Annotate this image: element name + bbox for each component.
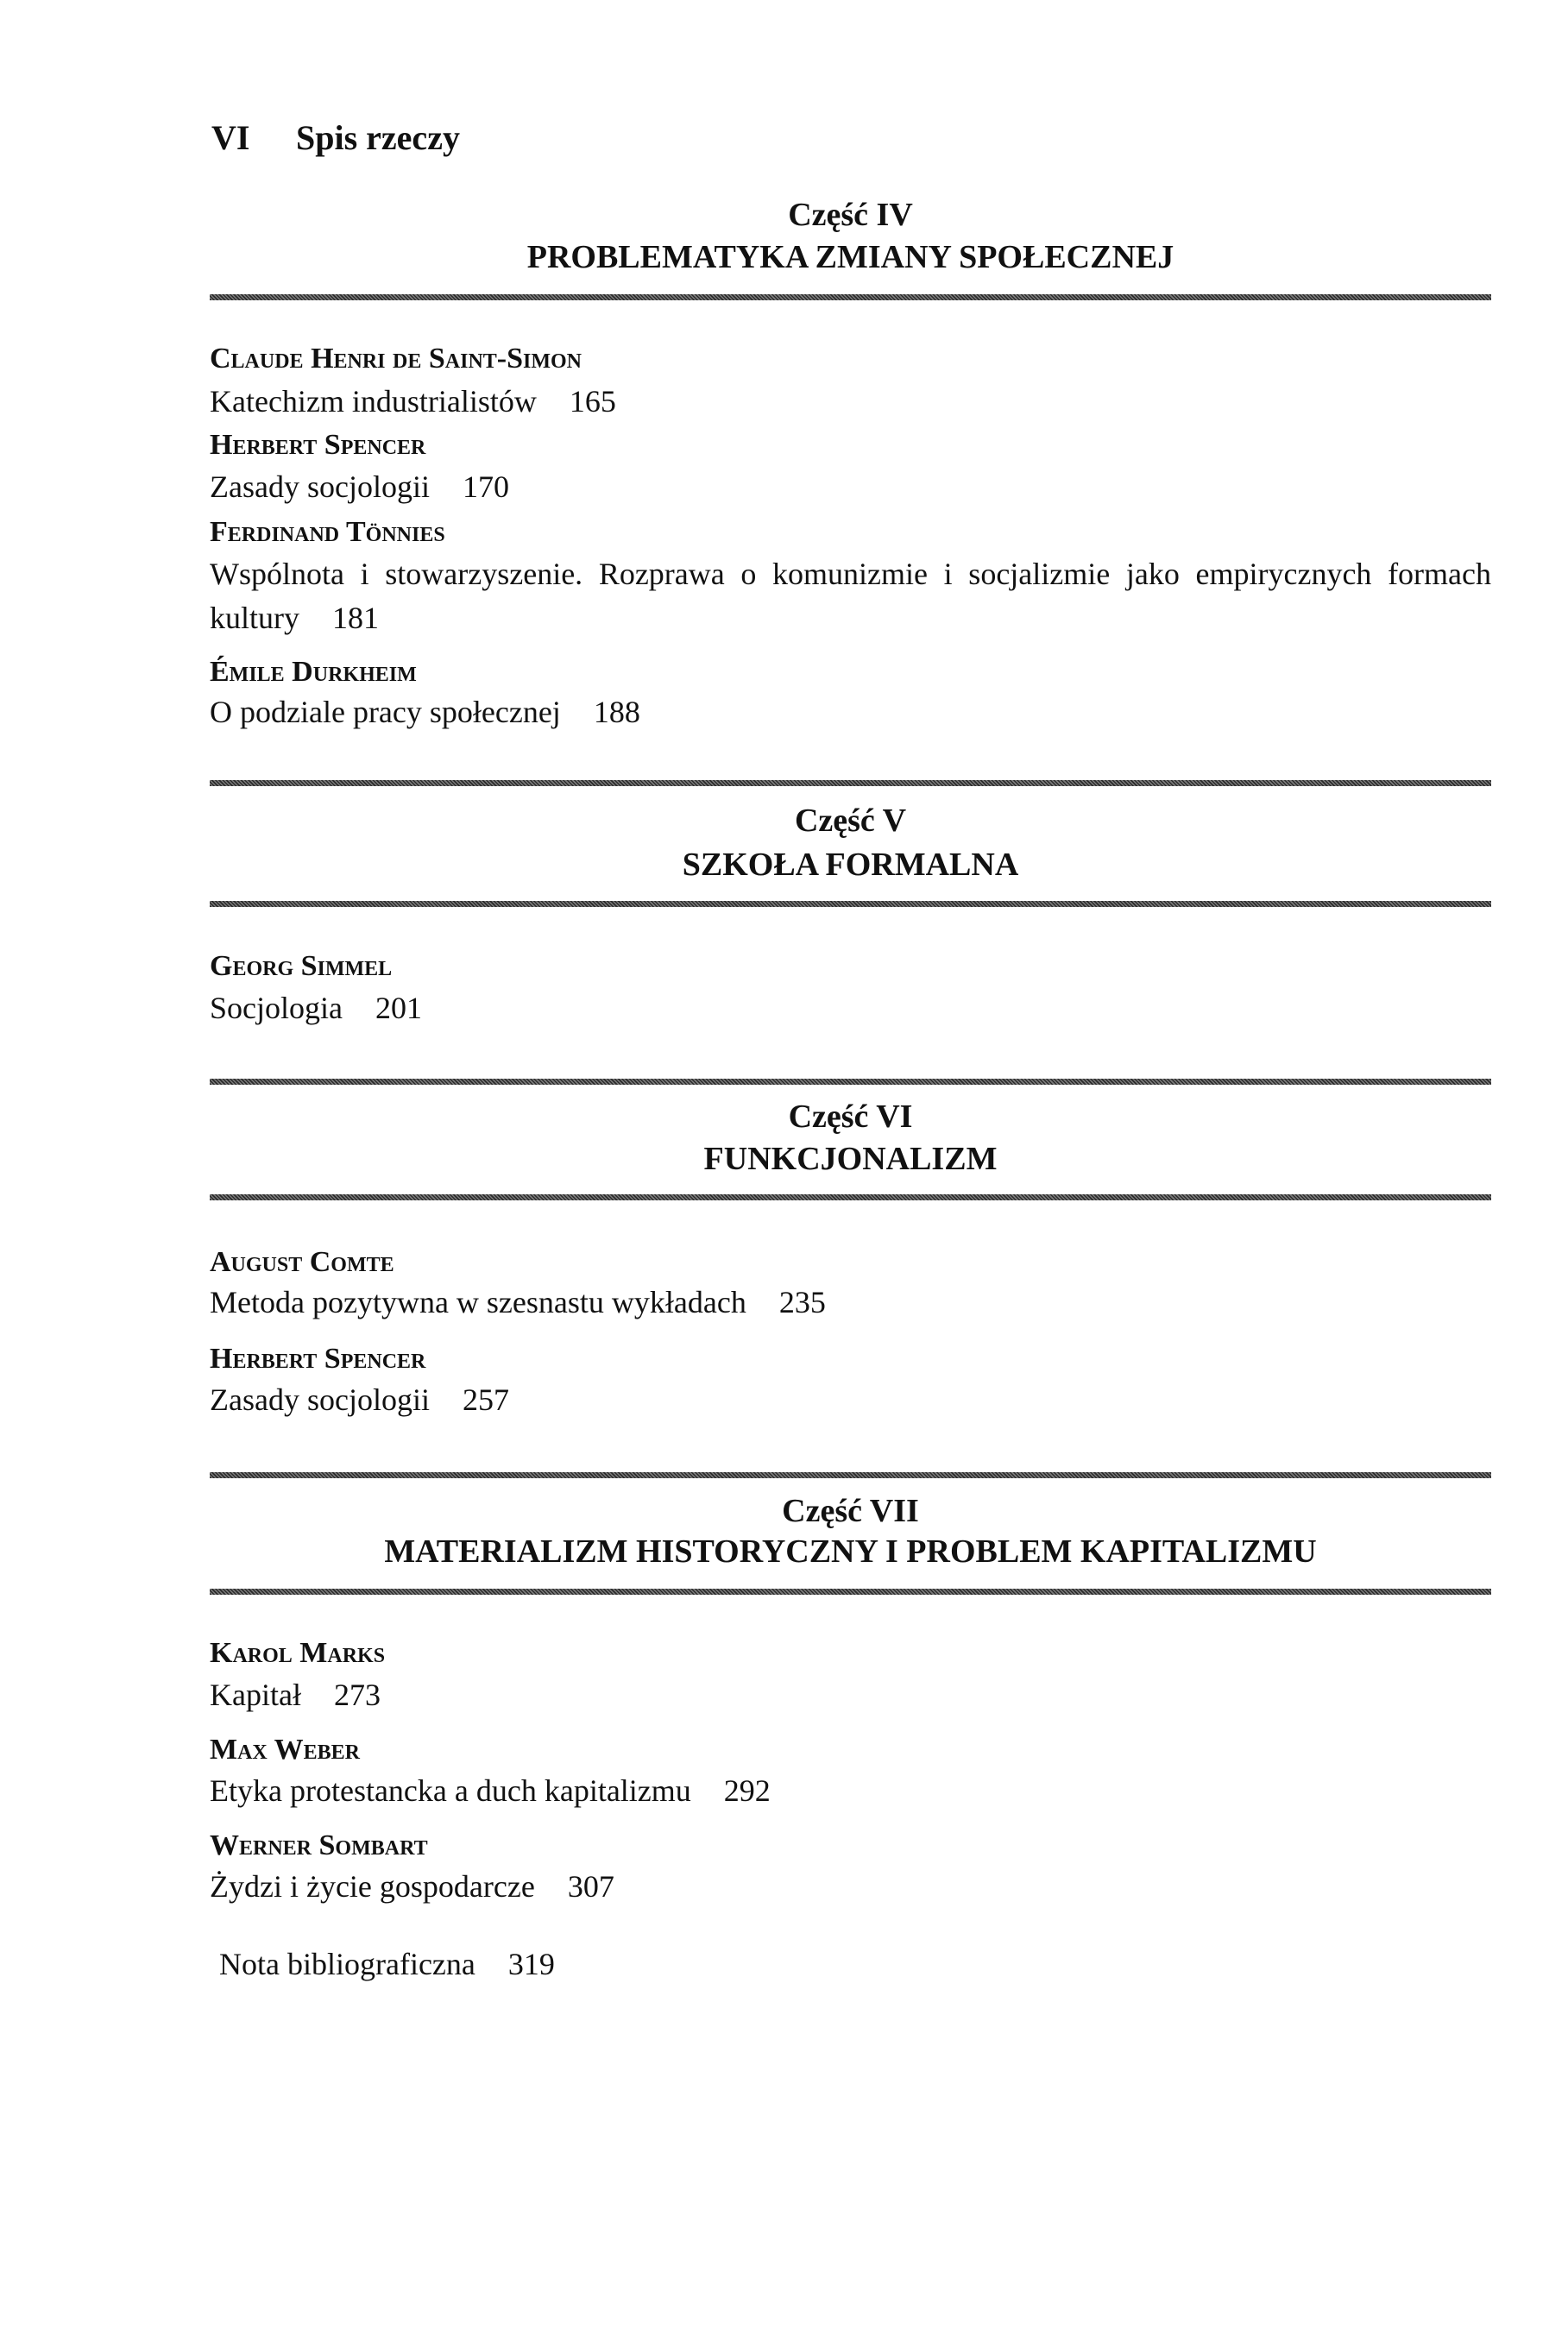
part-7-rule-top bbox=[210, 1472, 1491, 1478]
toc-entry-title: Żydzi i życie gospodarcze bbox=[210, 1869, 535, 1904]
toc-entry-page: 235 bbox=[779, 1285, 826, 1319]
toc-author: Émile Durkheim bbox=[210, 656, 417, 689]
toc-author: Herbert Spencer bbox=[210, 1343, 425, 1376]
toc-entry-page: 188 bbox=[594, 695, 640, 729]
part-4-title: PROBLEMATYKA ZMIANY SPOŁECZNEJ bbox=[210, 239, 1491, 275]
toc-entry-page: 165 bbox=[570, 384, 616, 419]
toc-entry-bibliography[interactable]: Nota bibliograficzna319 bbox=[219, 1946, 555, 1982]
toc-entry-page: 201 bbox=[375, 991, 422, 1025]
toc-entry[interactable]: Wspólnota i stowarzyszenie. Rozprawa o k… bbox=[210, 552, 1491, 640]
part-5-rule-top bbox=[210, 780, 1491, 786]
part-6-label: Część VI bbox=[210, 1099, 1491, 1135]
part-7-rule-bottom bbox=[210, 1589, 1491, 1595]
toc-entry-title: Metoda pozytywna w szesnastu wykładach bbox=[210, 1285, 746, 1319]
toc-author: Herbert Spencer bbox=[210, 429, 425, 462]
part-7-label: Część VII bbox=[210, 1493, 1491, 1529]
part-4-label: Część IV bbox=[210, 197, 1491, 233]
toc-entry-title: Kapitał bbox=[210, 1678, 301, 1712]
toc-entry-page: 181 bbox=[332, 601, 379, 635]
toc-entry[interactable]: Metoda pozytywna w szesnastu wykładach23… bbox=[210, 1284, 826, 1320]
toc-author: Claude Henri de Saint-Simon bbox=[210, 343, 582, 375]
toc-entry-page: 319 bbox=[508, 1947, 555, 1981]
toc-entry[interactable]: Zasady socjologii170 bbox=[210, 469, 509, 505]
running-head-title: Spis rzeczy bbox=[296, 118, 460, 157]
toc-entry[interactable]: Żydzi i życie gospodarcze307 bbox=[210, 1868, 614, 1905]
toc-entry[interactable]: Kapitał273 bbox=[210, 1677, 381, 1713]
toc-entry-title: Etyka protestancka a duch kapitalizmu bbox=[210, 1773, 691, 1808]
toc-entry-page: 273 bbox=[334, 1678, 381, 1712]
toc-entry-page: 292 bbox=[724, 1773, 771, 1808]
toc-entry-page: 257 bbox=[463, 1382, 509, 1417]
part-4-rule-top bbox=[210, 294, 1491, 300]
toc-entry[interactable]: O podziale pracy społecznej188 bbox=[210, 694, 640, 730]
running-head: VISpis rzeczy bbox=[211, 119, 460, 157]
toc-entry[interactable]: Etyka protestancka a duch kapitalizmu292 bbox=[210, 1772, 771, 1809]
toc-entry[interactable]: Socjologia201 bbox=[210, 990, 422, 1026]
part-7-title: MATERIALIZM HISTORYCZNY I PROBLEM KAPITA… bbox=[210, 1533, 1491, 1570]
toc-author: August Comte bbox=[210, 1246, 394, 1279]
toc-entry-page: 170 bbox=[463, 469, 509, 504]
part-5-rule-bottom bbox=[210, 901, 1491, 907]
part-6-title: FUNKCJONALIZM bbox=[210, 1141, 1491, 1177]
toc-author: Werner Sombart bbox=[210, 1829, 428, 1862]
part-5-label: Część V bbox=[210, 803, 1491, 839]
toc-entry-page: 307 bbox=[568, 1869, 614, 1904]
part-6-rule-top bbox=[210, 1079, 1491, 1085]
part-5-title: SZKOŁA FORMALNA bbox=[210, 847, 1491, 883]
toc-entry-title: Zasady socjologii bbox=[210, 1382, 430, 1417]
toc-entry-title: O podziale pracy społecznej bbox=[210, 695, 561, 729]
toc-author: Ferdinand Tönnies bbox=[210, 516, 445, 549]
toc-author: Georg Simmel bbox=[210, 950, 392, 983]
toc-entry-title: Nota bibliograficzna bbox=[219, 1947, 475, 1981]
toc-entry-title: Zasady socjologii bbox=[210, 469, 430, 504]
part-6-rule-bottom bbox=[210, 1194, 1491, 1200]
toc-entry-title: Socjologia bbox=[210, 991, 343, 1025]
toc-entry-title: Wspólnota i stowarzyszenie. Rozprawa o k… bbox=[210, 557, 1491, 635]
toc-author: Max Weber bbox=[210, 1734, 360, 1766]
toc-author: Karol Marks bbox=[210, 1637, 385, 1670]
page-folio: VI bbox=[211, 119, 296, 157]
toc-entry[interactable]: Zasady socjologii257 bbox=[210, 1382, 509, 1418]
toc-entry[interactable]: Katechizm industrialistów165 bbox=[210, 383, 616, 419]
toc-entry-title: Katechizm industrialistów bbox=[210, 384, 537, 419]
